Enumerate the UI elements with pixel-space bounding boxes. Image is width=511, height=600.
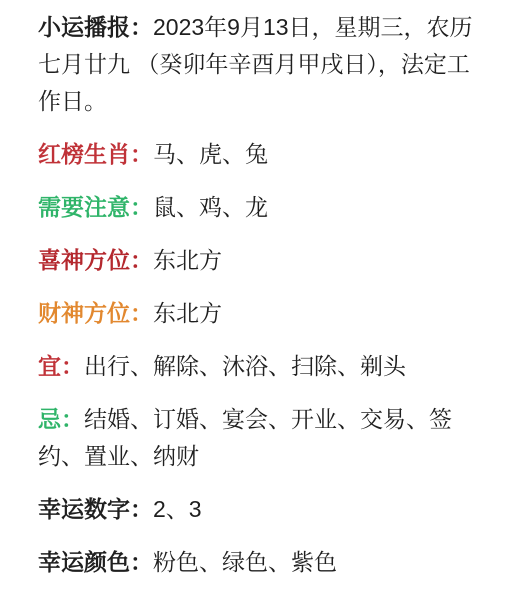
intro-label: 小运播报： [38, 14, 153, 40]
suitable-value: 出行、解除、沐浴、扫除、剃头 [84, 353, 406, 379]
lucky-colors-label: 幸运颜色： [38, 549, 153, 575]
need-attention-value: 鼠、鸡、龙 [153, 194, 268, 220]
section-red-list-zodiac: 红榜生肖：马、虎、兔 [38, 136, 477, 173]
lucky-numbers-label: 幸运数字： [38, 496, 153, 522]
red-list-zodiac-label: 红榜生肖： [38, 141, 153, 167]
avoid-value: 结婚、订婚、宴会、开业、交易、签约、置业、纳财 [38, 406, 452, 469]
fortune-article-page: 小运播报：2023年9月13日，星期三，农历七月廿九 （癸卯年辛酉月甲戌日），法… [0, 0, 511, 600]
red-list-zodiac-value: 马、虎、兔 [153, 141, 268, 167]
joy-god-direction-value: 东北方 [153, 247, 222, 273]
section-suitable: 宜：出行、解除、沐浴、扫除、剃头 [38, 348, 477, 385]
suitable-label: 宜： [38, 353, 84, 379]
section-lucky-colors: 幸运颜色：粉色、绿色、紫色 [38, 544, 477, 581]
section-need-attention: 需要注意：鼠、鸡、龙 [38, 189, 477, 226]
section-wealth-god-direction: 财神方位：东北方 [38, 295, 477, 332]
section-lucky-numbers: 幸运数字：2、3 [38, 491, 477, 528]
section-avoid: 忌：结婚、订婚、宴会、开业、交易、签约、置业、纳财 [38, 401, 477, 475]
wealth-god-direction-value: 东北方 [153, 300, 222, 326]
lucky-numbers-value: 2、3 [153, 496, 202, 522]
intro-paragraph: 小运播报：2023年9月13日，星期三，农历七月廿九 （癸卯年辛酉月甲戌日），法… [38, 9, 477, 120]
lucky-colors-value: 粉色、绿色、紫色 [153, 549, 337, 575]
avoid-label: 忌： [38, 406, 84, 432]
section-joy-god-direction: 喜神方位：东北方 [38, 242, 477, 279]
need-attention-label: 需要注意： [38, 194, 153, 220]
joy-god-direction-label: 喜神方位： [38, 247, 153, 273]
wealth-god-direction-label: 财神方位： [38, 300, 153, 326]
